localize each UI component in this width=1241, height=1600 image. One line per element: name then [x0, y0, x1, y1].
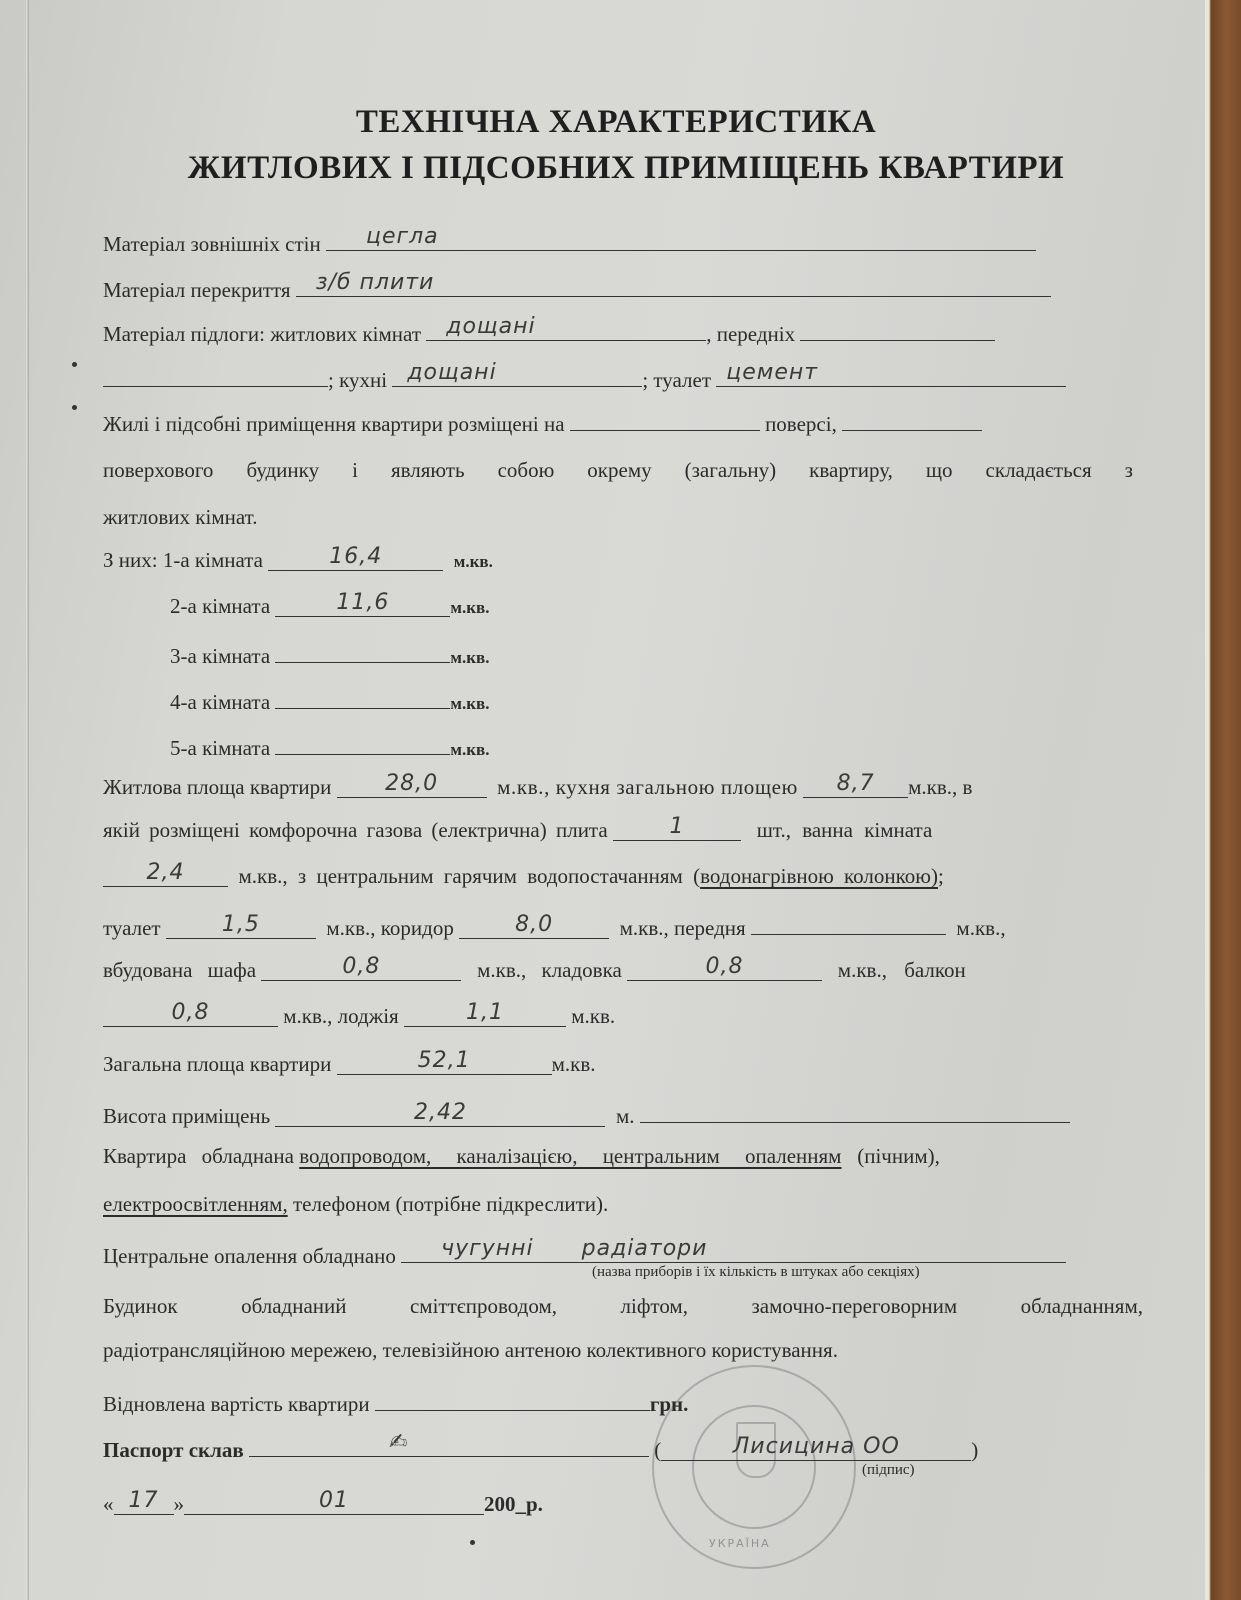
stove-row: якій розміщені комфорочна газова (електр… — [103, 818, 932, 843]
room-row: 4-а кімната м.кв. — [170, 686, 489, 715]
room-row: 5-а кімната м.кв. — [170, 732, 489, 761]
wardrobe-value: 0,8 — [342, 954, 380, 979]
hall-field[interactable] — [751, 912, 946, 935]
loggia-row: 0,8 м.кв., лоджія 1,1 м.кв. — [103, 1004, 615, 1029]
date-year: 200_р. — [484, 1492, 543, 1516]
total-area-label: Загальна площа квартири — [103, 1052, 331, 1076]
hall-label: м.кв., передня — [620, 916, 746, 940]
location-text2: поверсі, — [765, 412, 837, 436]
location-line3: житлових кімнат. — [103, 505, 257, 530]
word: поверхового — [103, 458, 213, 483]
cost-label: Відновлена вартість квартири — [103, 1392, 370, 1416]
room-area-field[interactable] — [275, 732, 450, 755]
floor-toilet-value: цемент — [726, 360, 818, 385]
room-unit: м.кв. — [454, 552, 493, 571]
floor-toilet-field[interactable]: цемент — [716, 364, 1066, 387]
room-row: З них: 1-а кімната 16,4 м.кв. — [103, 548, 493, 573]
date-month-field[interactable]: 01 — [184, 1492, 484, 1515]
room-label: 5-а кімната — [170, 736, 270, 760]
toilet-label: туалет — [103, 916, 161, 940]
equipment-rest2: телефоном (потрібне підкреслити). — [293, 1192, 608, 1216]
room-row: 3-а кімната м.кв. — [170, 640, 489, 669]
heating-value: чугунні радіатори — [441, 1236, 707, 1261]
floor-kitchen-field[interactable]: дощані — [392, 364, 642, 387]
living-area-value: 28,0 — [385, 771, 438, 796]
ceiling-row: Матеріал перекриття з/б плити — [103, 274, 1051, 303]
room-label: 2-а кімната — [170, 594, 270, 618]
kitchen-area-suffix: м.кв., в — [908, 775, 972, 799]
toilet-row: туалет 1,5 м.кв., коридор 8,0 м.кв., пер… — [103, 912, 1006, 941]
pantry-value: 0,8 — [706, 954, 744, 979]
room-area-field[interactable] — [275, 640, 450, 663]
floor-hall-field[interactable] — [800, 318, 995, 341]
floor-hall-field-cont[interactable] — [103, 364, 328, 387]
room-unit: м.кв. — [450, 694, 489, 713]
signature-mark: ✍ — [389, 1430, 408, 1455]
word: з — [1125, 458, 1133, 483]
word: окрему — [587, 458, 651, 483]
cost-row: Відновлена вартість квартири грн. — [103, 1388, 688, 1417]
corridor-label: м.кв., коридор — [326, 916, 453, 940]
stove-field[interactable]: 1 — [613, 818, 741, 841]
document: ТЕХНІЧНА ХАРАКТЕРИСТИКА ЖИТЛОВИХ І ПІДСО… — [0, 0, 1212, 1600]
walls-value: цегла — [366, 224, 439, 249]
doc-title-line1: ТЕХНІЧНА ХАРАКТЕРИСТИКА — [0, 104, 1222, 141]
date-day-field[interactable]: 17 — [114, 1492, 174, 1515]
height-row: Висота приміщень 2,42 м. — [103, 1100, 1070, 1129]
room-area-value: 11,6 — [336, 590, 389, 615]
ceiling-field[interactable]: з/б плити — [296, 274, 1051, 297]
floor-row: Матеріал підлоги: житлових кімнат дощані… — [103, 318, 995, 347]
word: складається — [986, 458, 1092, 483]
height-label: Висота приміщень — [103, 1104, 270, 1128]
word: обладнанням, — [1021, 1294, 1143, 1319]
building-line2: радіотрансляційною мережею, телевізійною… — [103, 1338, 838, 1363]
room-unit: м.кв. — [450, 648, 489, 667]
word: Будинок — [103, 1294, 178, 1319]
wardrobe-row: вбудована шафа 0,8 м.кв., кладовка 0,8 м… — [103, 958, 966, 983]
floor-row-2: ; кухні дощані; туалет цемент — [103, 364, 1066, 393]
total-area-value: 52,1 — [418, 1048, 471, 1073]
pantry-label: м.кв., кладовка — [477, 958, 622, 982]
balcony-field[interactable]: 0,8 — [103, 1004, 278, 1027]
balcony-value: 0,8 — [172, 1000, 210, 1025]
walls-label: Матеріал зовнішніх стін — [103, 232, 321, 256]
stove-label: якій розміщені комфорочна газова (електр… — [103, 818, 608, 842]
equipment-row-2: електроосвітленням, телефоном (потрібне … — [103, 1192, 608, 1217]
living-area-label: Житлова площа квартири — [103, 775, 331, 799]
floor-rooms-field[interactable]: дощані — [426, 318, 706, 341]
room-area-value: 16,4 — [329, 544, 382, 569]
loggia-value: 1,1 — [466, 1000, 504, 1025]
height-field[interactable]: 2,42 — [275, 1104, 605, 1127]
word: що — [926, 458, 953, 483]
bath-row: 2,4 м.кв., з центральним гарячим водопос… — [103, 864, 944, 889]
word: являють — [391, 458, 465, 483]
word: собою — [498, 458, 555, 483]
signature-hint: (підпис) — [862, 1462, 915, 1479]
stove-value: 1 — [669, 814, 684, 839]
date-day: 17 — [129, 1488, 159, 1513]
speck — [72, 362, 77, 367]
kitchen-area-value: 8,7 — [837, 771, 875, 796]
cost-suffix: грн. — [650, 1392, 689, 1416]
equipment-label: Квартира обладнана — [103, 1144, 294, 1168]
loggia-suffix: м.кв. — [571, 1004, 615, 1028]
word: обладнаний — [241, 1294, 346, 1319]
word: і — [352, 458, 358, 483]
compiled-label: Паспорт склав — [103, 1438, 244, 1462]
room-label: 1-а кімната — [163, 548, 263, 572]
heating-hint: (назва приборів і їх кількість в штуках … — [592, 1264, 920, 1281]
total-area-field[interactable]: 52,1 — [337, 1052, 552, 1075]
date-row: «17»01200_р. — [103, 1492, 543, 1517]
equipment-underlined2: електроосвітленням, — [103, 1192, 288, 1216]
balcony-label: м.кв., балкон — [838, 958, 966, 982]
name-field[interactable]: Лисицина ОО — [661, 1438, 971, 1461]
bath-field[interactable]: 2,4 — [103, 864, 228, 887]
kitchen-area-field[interactable]: 8,7 — [803, 775, 908, 798]
room-unit: м.кв. — [450, 740, 489, 759]
room-area-field[interactable] — [275, 686, 450, 709]
height-extra-field[interactable] — [640, 1100, 1070, 1123]
room-row: 2-а кімната 11,6м.кв. — [170, 594, 489, 619]
walls-field[interactable]: цегла — [326, 228, 1036, 251]
bath-underlined: водонагрівною колонкою) — [700, 864, 938, 888]
ceiling-value: з/б плити — [316, 270, 435, 295]
speck — [470, 1540, 475, 1545]
speck — [72, 405, 77, 410]
equipment-rest1: (пічним), — [857, 1144, 940, 1168]
loggia-field[interactable]: 1,1 — [404, 1004, 566, 1027]
toilet-value: 1,5 — [222, 912, 260, 937]
signature-name: Лисицина ОО — [733, 1434, 900, 1459]
building-line1: Будинокобладнанийсміттєпроводом,ліфтом,з… — [103, 1294, 1143, 1319]
location-text1: Жилі і підсобні приміщення квартири розм… — [103, 412, 565, 436]
wardrobe-field[interactable]: 0,8 — [261, 958, 461, 981]
kitchen-area-label: м.кв., кухня загальною площею — [497, 775, 798, 799]
floor-rooms-value: дощані — [446, 314, 535, 339]
living-area-row: Житлова площа квартири 28,0 м.кв., кухня… — [103, 775, 972, 800]
stove-suffix: шт., ванна кімната — [757, 818, 933, 842]
corridor-value: 8,0 — [515, 912, 553, 937]
room-area-field[interactable]: 11,6 — [275, 594, 450, 617]
corridor-field[interactable]: 8,0 — [459, 916, 609, 939]
word: замочно-переговорним — [751, 1294, 957, 1319]
total-area-row: Загальна площа квартири 52,1м.кв. — [103, 1052, 596, 1077]
date-month: 01 — [319, 1488, 349, 1513]
word: будинку — [246, 458, 319, 483]
living-area-field[interactable]: 28,0 — [337, 775, 487, 798]
floor-kitchen-value: дощані — [407, 360, 496, 385]
heating-label: Центральне опалення обладнано — [103, 1244, 396, 1268]
loggia-label: м.кв., лоджія — [283, 1004, 398, 1028]
height-value: 2,42 — [414, 1100, 467, 1125]
equipment-underlined: водопроводом, каналізацією, центральним … — [299, 1144, 841, 1168]
heating-row: Центральне опалення обладнано чугунні ра… — [103, 1240, 1066, 1269]
location-line2: поверховогобудинкуіявляютьсобоюокрему(за… — [103, 458, 1133, 483]
height-suffix: м. — [616, 1104, 635, 1128]
floor-number-field[interactable] — [570, 408, 760, 431]
toilet-field[interactable]: 1,5 — [166, 916, 316, 939]
equipment-row: Квартира обладнана водопроводом, каналіз… — [103, 1144, 940, 1169]
compiled-row: Паспорт склав ✍ (Лисицина ОО) — [103, 1434, 978, 1463]
ceiling-label: Матеріал перекриття — [103, 278, 291, 302]
hall-suffix: м.кв., — [956, 916, 1005, 940]
bath-value: 2,4 — [147, 860, 185, 885]
room-label: 4-а кімната — [170, 690, 270, 714]
wardrobe-label: вбудована шафа — [103, 958, 256, 982]
walls-row: Матеріал зовнішніх стін цегла — [103, 228, 1036, 257]
room-area-field[interactable]: 16,4 — [268, 548, 443, 571]
total-area-suffix: м.кв. — [552, 1052, 596, 1076]
location-row: Жилі і підсобні приміщення квартири розм… — [103, 408, 982, 437]
floor-toilet-label: ; туалет — [642, 368, 711, 392]
doc-title-line2: ЖИТЛОВИХ І ПІДСОБНИХ ПРИМІЩЕНЬ КВАРТИРИ — [0, 150, 1232, 187]
storeys-field[interactable] — [842, 408, 982, 431]
word: сміттєпроводом, — [410, 1294, 557, 1319]
floor-kitchen-label: ; кухні — [328, 368, 387, 392]
cost-field[interactable] — [375, 1388, 650, 1411]
pantry-field[interactable]: 0,8 — [627, 958, 822, 981]
bath-text: м.кв., з центральним гарячим водопостача… — [239, 864, 701, 888]
word: квартиру, — [809, 458, 893, 483]
heating-field[interactable]: чугунні радіатори — [401, 1240, 1066, 1263]
word: (загальну) — [685, 458, 777, 483]
word: ліфтом, — [621, 1294, 688, 1319]
room-unit: м.кв. — [450, 598, 489, 617]
room-label: 3-а кімната — [170, 644, 270, 668]
floor-hall-label: , передніх — [706, 322, 795, 346]
floor-label: Матеріал підлоги: житлових кімнат — [103, 322, 421, 346]
rooms-prefix: З них: — [103, 548, 158, 572]
compiled-signature-field[interactable]: ✍ — [249, 1434, 649, 1457]
